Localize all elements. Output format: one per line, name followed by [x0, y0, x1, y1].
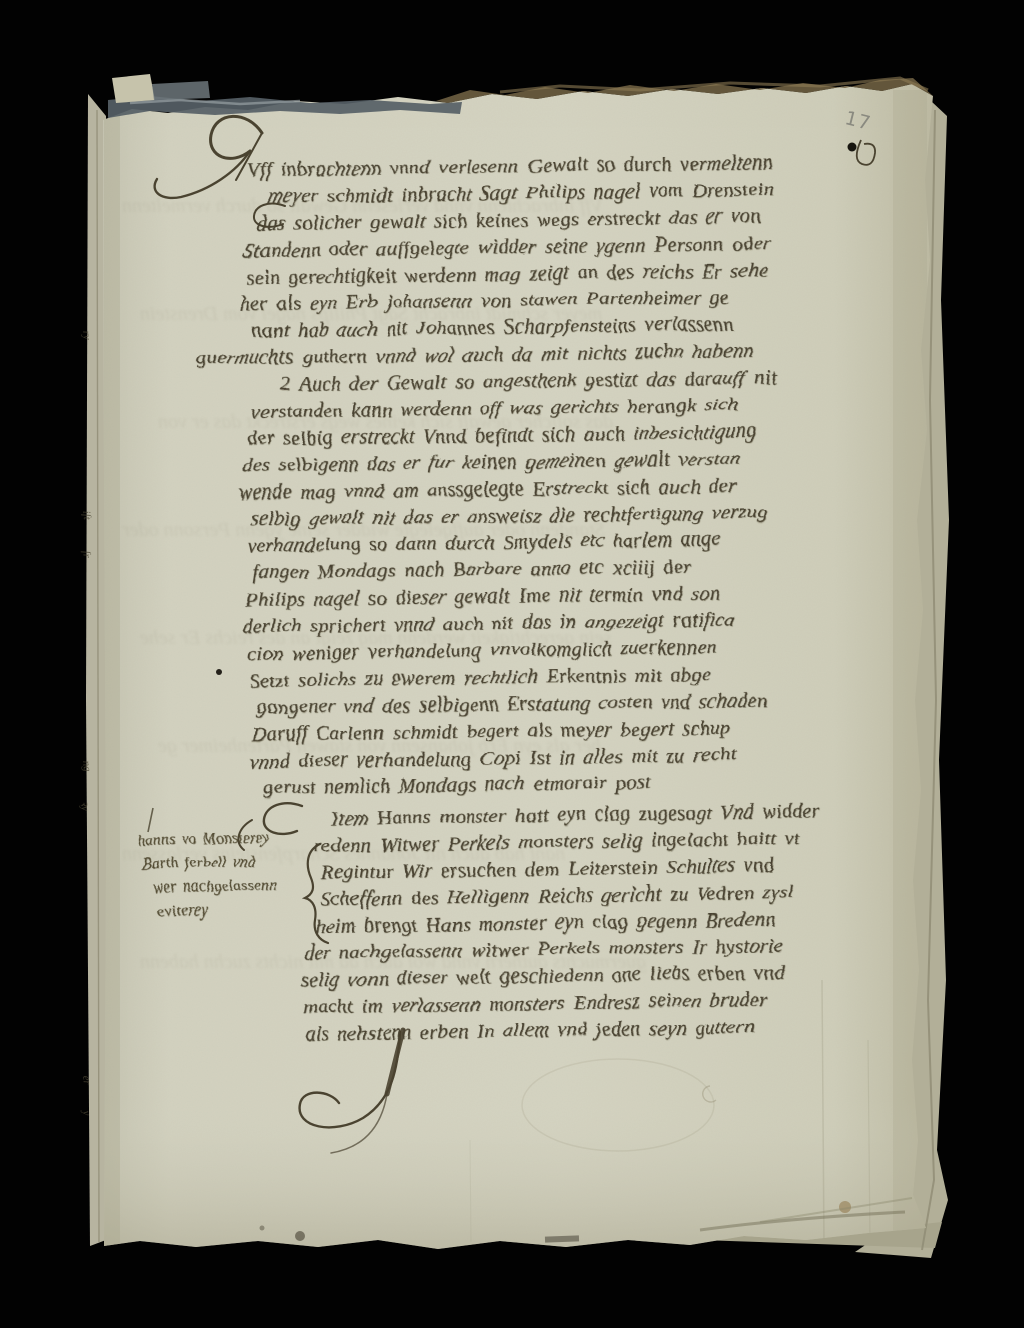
margin-note: hanns vo Monsterey Barth ferbell vnd wer…: [136, 824, 276, 924]
margin-note-line: wer nachgelassenn: [151, 872, 275, 899]
margin-note-line: eviterey: [156, 896, 276, 923]
margin-note-line: hanns vo Monsterey: [136, 824, 274, 852]
top-left-tab: [112, 74, 155, 103]
left-strip-fragment: ry: [80, 330, 93, 340]
top-left-tab-shadow: [152, 81, 210, 100]
left-strip-fragment: ng: [80, 760, 93, 772]
left-strip-fragment: ꝛy: [77, 800, 93, 812]
left-strip-fragment: er: [80, 1075, 93, 1085]
text-block-2: Item Hanns monster hatt eyn clag zugesag…: [232, 797, 822, 1048]
ink-blot-margin: [216, 669, 222, 675]
ink-blot-folio: [848, 143, 857, 152]
manuscript-scan: Vff inbrachtenn vnnd verlesenn Gewalt so…: [0, 0, 1024, 1328]
left-strip-fragment: iſt: [80, 510, 93, 520]
left-strip-fragment: ſr: [80, 550, 93, 559]
text-block-1: Vff inbrachtenn vnnd verlesenn Gewalt so…: [232, 148, 781, 801]
margin-note-line: Barth ferbell vnd: [141, 848, 275, 875]
